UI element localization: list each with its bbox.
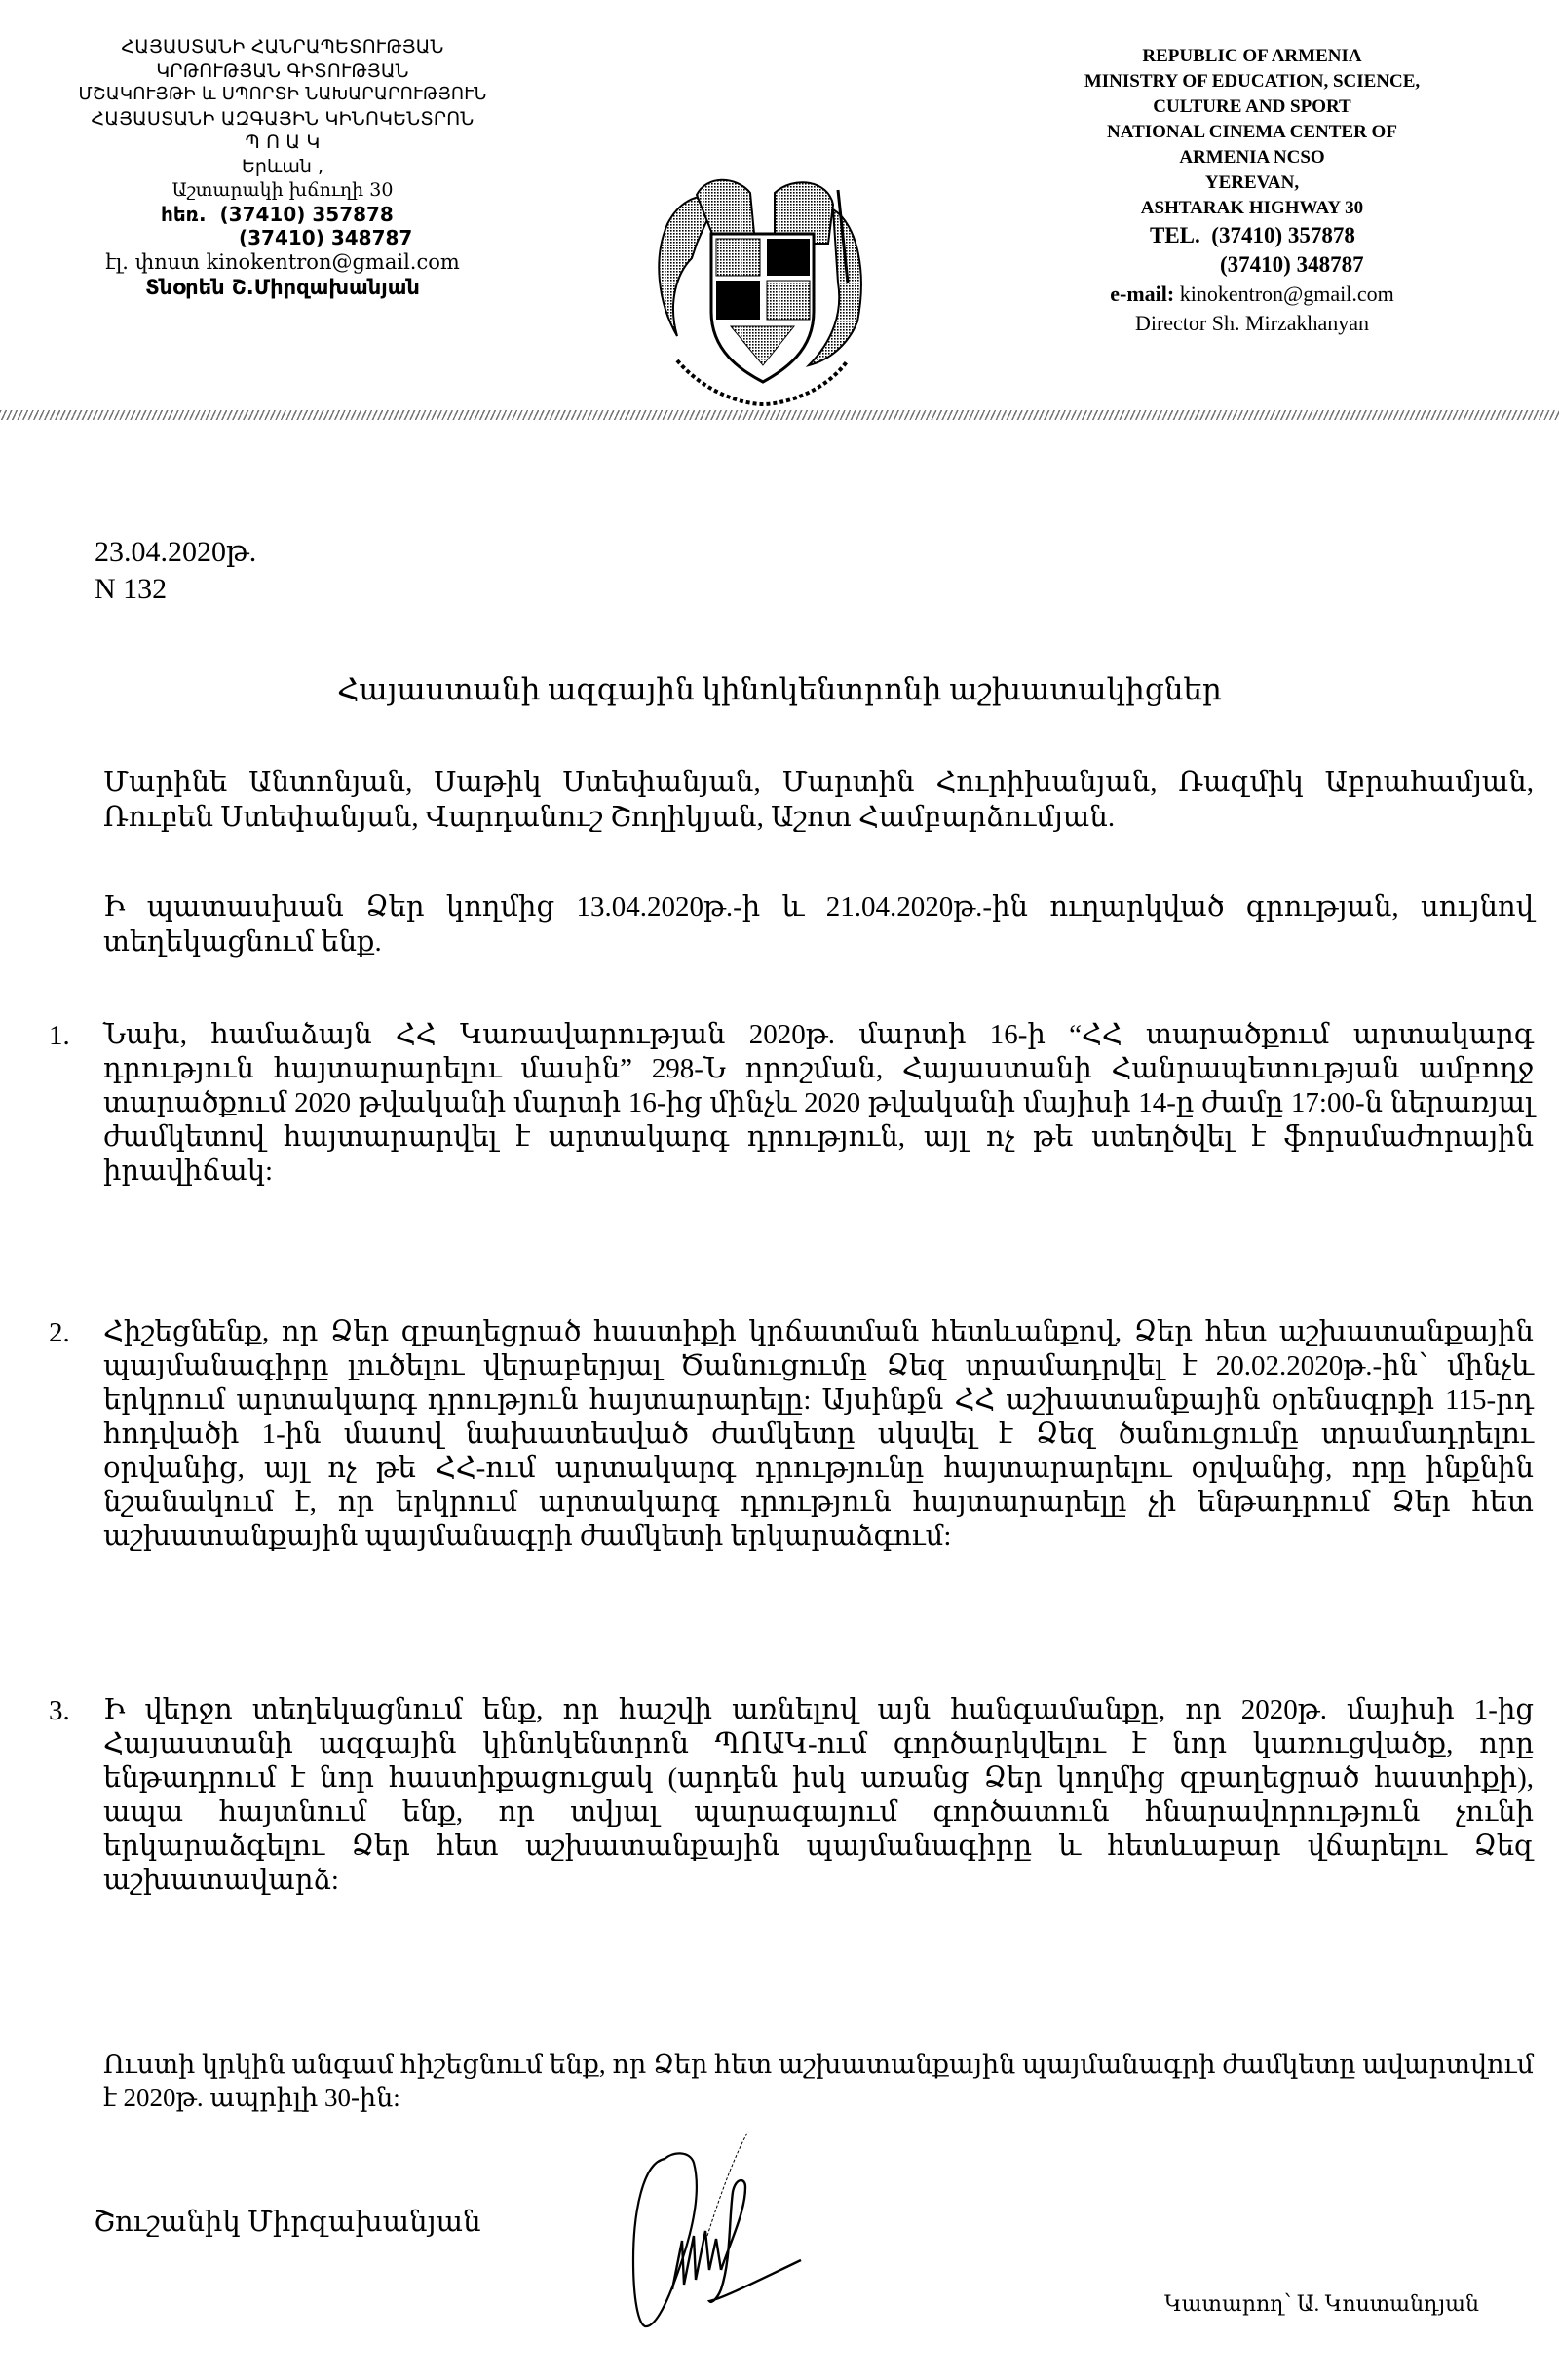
email-line: e-mail: kinokentron@gmail.com: [1013, 280, 1491, 309]
list-item-text: Հիշեցնենք, որ Ձեր զբաղեցրած հաստիքի կրճա…: [103, 1315, 1534, 1554]
list-item-text: Նախ, համաձայն ՀՀ Կառավարության 2020թ. մա…: [103, 1018, 1534, 1189]
org-line: NATIONAL CINEMA CENTER OF: [1013, 120, 1491, 145]
list-item-number: 1.: [49, 1018, 103, 1189]
list-item: 1. Նախ, համաձայն ՀՀ Կառավարության 2020թ.…: [49, 1018, 1534, 1189]
phone-number: (37410) 357878: [220, 203, 394, 226]
letterhead-armenian: ՀԱՅԱՍՏԱՆԻ ՀԱՆՐԱՊԵՏՈՒԹՅԱՆ ԿՐԹՈՒԹՅԱՆ ԳԻՏՈՒ…: [58, 35, 507, 301]
org-line: ՀԱՅԱՍՏԱՆԻ ՀԱՆՐԱՊԵՏՈՒԹՅԱՆ: [58, 35, 507, 59]
letterhead-divider: [0, 410, 1559, 420]
letter-meta: 23.04.2020թ. N 132: [95, 534, 256, 608]
phone-line-1: հեռ. (37410) 357878: [58, 203, 507, 227]
list-item: 2. Հիշեցնենք, որ Ձեր զբաղեցրած հաստիքի կ…: [49, 1315, 1534, 1554]
org-line: ՀԱՅԱՍՏԱՆԻ ԱԶԳԱՅԻՆ ԿԻՆՈԿԵՆՏՐՈՆ: [58, 107, 507, 132]
signer-name: Շուշանիկ Միրզախանյան: [94, 2205, 481, 2239]
phone-label: հեռ.: [161, 203, 207, 226]
letterhead-english: REPUBLIC OF ARMENIA MINISTRY OF EDUCATIO…: [1013, 44, 1491, 338]
addressee-title: Հայաստանի ազգային կինոկենտրոնի աշխատակից…: [0, 672, 1559, 707]
address-line: ASHTARAK HIGHWAY 30: [1013, 196, 1491, 221]
list-item-text: Ի վերջո տեղեկացնում ենք, որ հաշվի առնելո…: [103, 1693, 1534, 1898]
phone-line-2: (37410) 348787: [1013, 250, 1491, 280]
letter-date: 23.04.2020թ.: [95, 534, 256, 571]
email-label: էլ. փոստ: [105, 250, 200, 274]
phone-number: (37410) 357878: [1211, 223, 1355, 247]
phone-line-2: (37410) 348787: [58, 226, 507, 250]
phone-line-1: TEL. (37410) 357878: [1013, 221, 1491, 250]
phone-label: TEL.: [1150, 223, 1200, 247]
email-line: էլ. փոստ kinokentron@gmail.com: [58, 250, 507, 275]
director-line: Տնօրեն Շ.Միրզախանյան: [58, 274, 507, 301]
list-item-number: 3.: [49, 1693, 103, 1898]
letter-number: N 132: [95, 571, 256, 608]
phone-number: (37410) 348787: [1220, 252, 1364, 277]
org-line: YEREVAN,: [1013, 170, 1491, 196]
org-line: Պ Ո Ա Կ: [58, 131, 507, 155]
org-line: MINISTRY OF EDUCATION, SCIENCE,: [1013, 69, 1491, 94]
recipients-list: Մարինե Անտոնյան, Սաթիկ Ստեփանյան, Մարտին…: [103, 765, 1534, 835]
email-address: kinokentron@gmail.com: [1180, 282, 1394, 306]
director-line: Director Sh. Mirzakhanyan: [1013, 309, 1491, 338]
org-line: ԿՐԹՈՒԹՅԱՆ ԳԻՏՈՒԹՅԱՆ: [58, 59, 507, 84]
email-address: kinokentron@gmail.com: [207, 250, 460, 274]
address-line: Աշտարակի խճուղի 30: [58, 178, 507, 203]
list-item-number: 2.: [49, 1315, 103, 1554]
signature-icon: [585, 2124, 896, 2338]
org-line: REPUBLIC OF ARMENIA: [1013, 44, 1491, 69]
intro-paragraph: Ի պատասխան Ձեր կողմից 13.04.2020թ.-ի և 2…: [103, 889, 1534, 960]
closing-paragraph: Ուստի կրկին անգամ հիշեցնում ենք, որ Ձեր …: [103, 2048, 1534, 2114]
phone-number: (37410) 348787: [239, 226, 412, 249]
org-line: ARMENIA NCSO: [1013, 145, 1491, 170]
city-line: Երևան ,: [58, 155, 507, 179]
list-item: 3. Ի վերջո տեղեկացնում ենք, որ հաշվի առն…: [49, 1693, 1534, 1898]
coat-of-arms-icon: [638, 166, 887, 409]
email-label: e-mail:: [1110, 282, 1174, 306]
executor-line: Կատարող՝ Ա. Կոստանդյան: [1164, 2291, 1479, 2317]
org-line: CULTURE AND SPORT: [1013, 94, 1491, 120]
org-line: ՄՇԱԿՈՒՅԹԻ և ՍՊՈՐՏԻ ՆԱԽԱՐԱՐՈՒԹՅՈՒՆ: [58, 83, 507, 107]
